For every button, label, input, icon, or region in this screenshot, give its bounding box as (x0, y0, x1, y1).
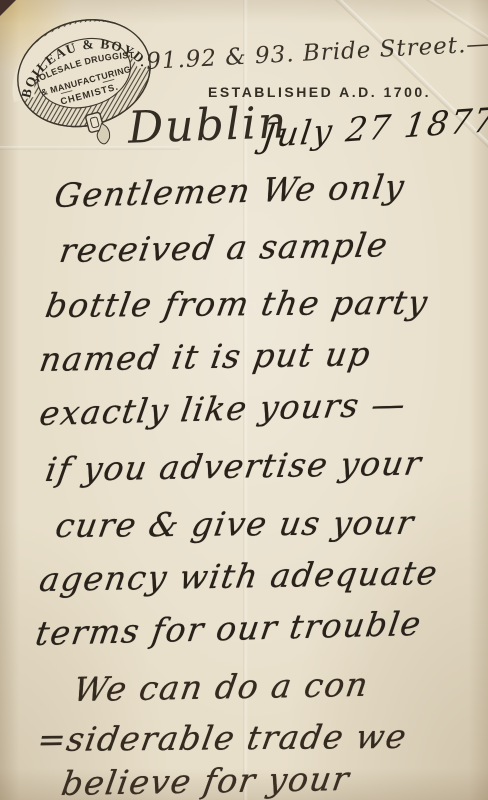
handwritten-line: terms for our trouble (33, 604, 425, 653)
handwritten-line: believe for your (59, 759, 353, 800)
letter-scan: BOILEAU & BOYD. WHOLESALE DRUGGISTS & MA… (0, 0, 488, 800)
handwritten-line: We can do a con (71, 665, 372, 709)
handwritten-line: bottle from the party (43, 283, 432, 325)
handwritten-line: if you advertise your (43, 443, 425, 489)
handwritten-line: Gentlemen We only (52, 167, 408, 215)
torn-corner (0, 0, 16, 16)
handwritten-line: cure & give us your (53, 503, 418, 545)
handwritten-date: July 27 1877 (260, 100, 488, 156)
handwritten-line: named it is put up (37, 334, 374, 379)
handwritten-line: received a sample (57, 225, 392, 270)
handwritten-line: agency with adequate (37, 553, 441, 599)
handwritten-line: exactly like yours — (37, 384, 409, 433)
handwritten-line: =siderable trade we (35, 717, 411, 759)
established-line: ESTABLISHED A.D. 1700. (208, 84, 431, 100)
street-address: 91.92 & 93. Bride Street.— (146, 31, 488, 75)
